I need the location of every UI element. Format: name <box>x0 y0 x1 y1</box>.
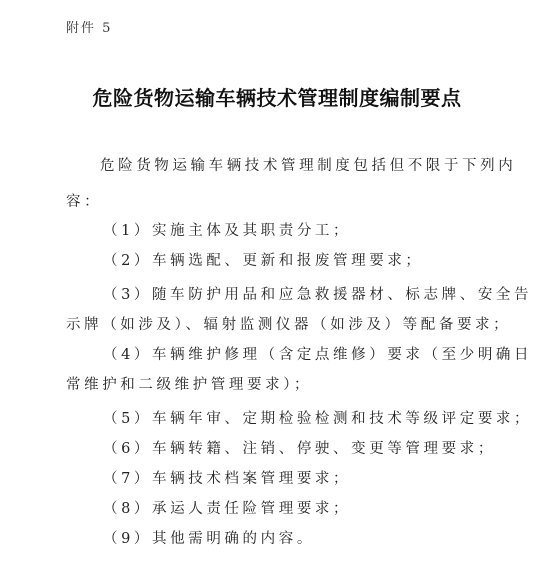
document-title: 危险货物运输车辆技术管理制度编制要点 <box>0 82 554 111</box>
attachment-label: 附件 5 <box>66 17 112 36</box>
item-7: （7）车辆技术档案管理要求； <box>103 467 351 488</box>
item-4-line-1: （4）车辆维护修理（含定点维修）要求（至少明确日 <box>103 343 532 364</box>
item-6: （6）车辆转籍、注销、停驶、变更等管理要求； <box>103 437 496 458</box>
item-3-line-2: 示牌（如涉及）、辐射监测仪器（如涉及）等配备要求； <box>66 313 511 334</box>
item-8: （8）承运人责任险管理要求； <box>103 497 351 518</box>
intro-line-2: 容： <box>66 190 102 211</box>
item-1: （1）实施主体及其职责分工； <box>103 219 351 240</box>
item-5: （5）车辆年审、定期检验检测和技术等级评定要求； <box>103 407 532 428</box>
item-3-line-1: （3）随车防护用品和应急救援器材、标志牌、安全告 <box>103 283 532 304</box>
intro-line-1: 危险货物运输车辆技术管理制度包括但不限于下列内 <box>100 154 516 175</box>
item-4-line-2: 常维护和二级维护管理要求）； <box>66 373 312 394</box>
item-9: （9）其他需明确的内容。 <box>103 527 315 548</box>
item-2: （2）车辆选配、更新和报废管理要求； <box>103 249 424 270</box>
